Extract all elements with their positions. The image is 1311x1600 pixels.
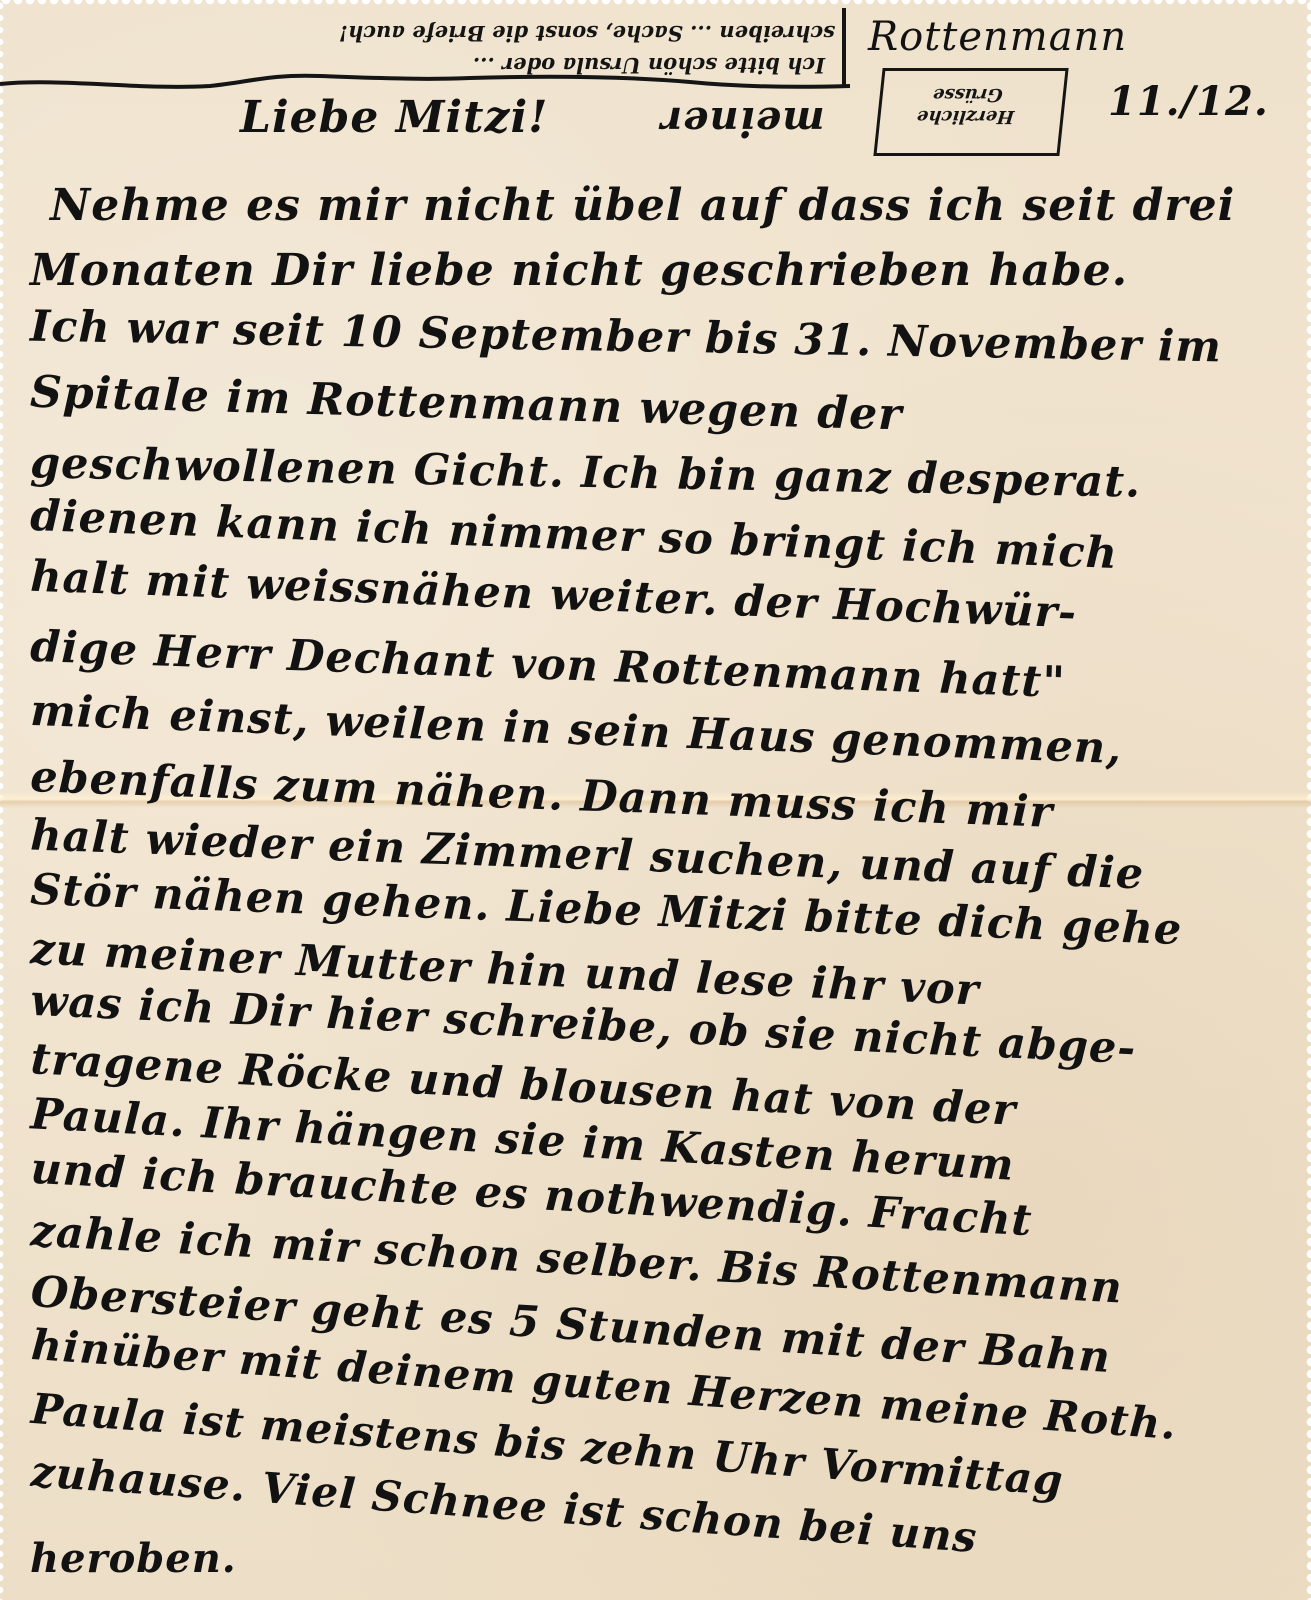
body-line: Spitale im Rottenmann wegen der	[29, 367, 903, 441]
body-line: Monaten Dir liebe nicht geschrieben habe…	[30, 245, 1128, 296]
letter-paper: Ich bitte schön Ursula oder ... schreibe…	[0, 0, 1311, 1600]
boxed-note-line: Grüsse	[912, 83, 1024, 105]
boxed-note-line: Herzliche	[909, 105, 1021, 127]
letter-date: 11./12.	[1108, 78, 1269, 125]
boxed-note: Herzliche Grüsse	[873, 68, 1068, 156]
place-name: Rottenmann	[868, 14, 1127, 60]
upside-down-closing: meiner	[660, 98, 825, 145]
body-line: heroben.	[30, 1535, 237, 1582]
salutation: Liebe Mitzi!	[240, 92, 548, 143]
body-line: Nehme es mir nicht übel auf dass ich sei…	[50, 180, 1235, 231]
perforated-edge-top	[0, 0, 1311, 8]
body-line: Ich war seit 10 September bis 31. Novemb…	[30, 302, 1223, 373]
upside-down-note-line: schreiben ... Sache, sonst die Briefe au…	[339, 21, 835, 46]
note-divider-wavy-line	[0, 70, 850, 90]
